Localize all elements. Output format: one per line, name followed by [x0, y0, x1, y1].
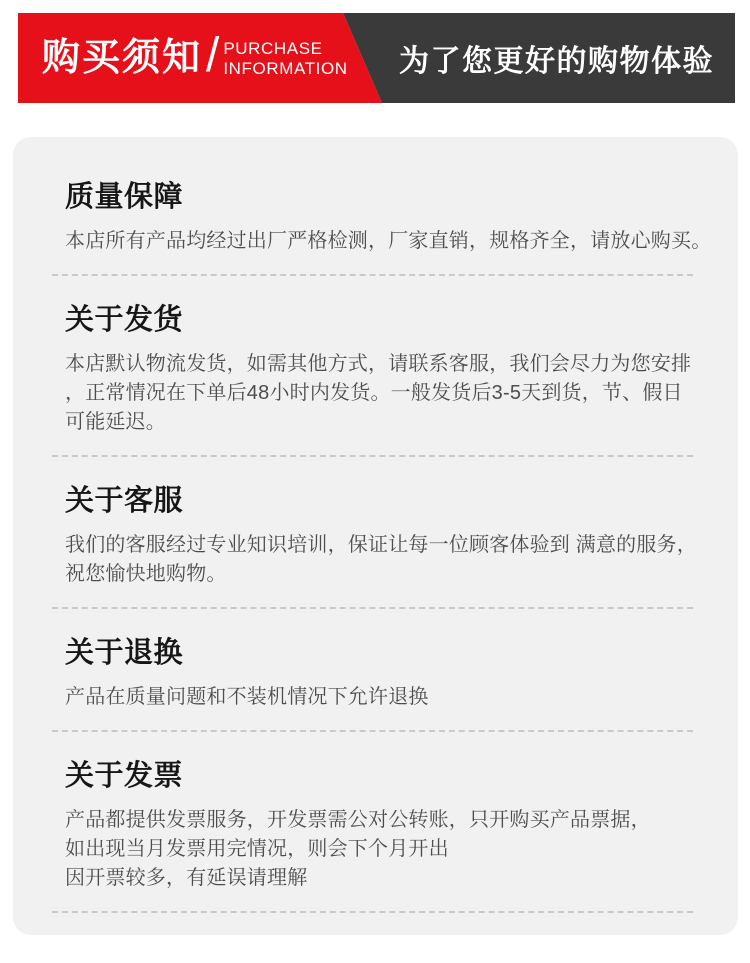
- section-shipping: 关于发货 本店默认物流发货，如需其他方式，请联系客服，我们会尽力为您安排 ，正常…: [65, 302, 693, 437]
- banner-slash: /: [206, 36, 219, 77]
- divider: [52, 274, 693, 276]
- section-quality-body: 本店所有产品均经过出厂严格检测，厂家直销，规格齐全，请放心购买。: [65, 227, 693, 256]
- purchase-information-page: 购买须知 / PURCHASE INFORMATION 为了您更好的购物体验 质…: [0, 0, 750, 963]
- banner-tagline: 为了您更好的购物体验: [399, 36, 714, 80]
- divider: [52, 730, 693, 732]
- banner-subtitle: PURCHASE INFORMATION: [223, 39, 347, 79]
- section-customer-service-heading: 关于客服: [65, 483, 693, 519]
- section-invoice: 关于发票 产品都提供发票服务，开发票需公对公转账，只开购买产品票据， 如出现当月…: [65, 758, 693, 893]
- info-card: 质量保障 本店所有产品均经过出厂严格检测，厂家直销，规格齐全，请放心购买。 关于…: [13, 137, 738, 935]
- section-returns: 关于退换 产品在质量问题和不装机情况下允许退换: [65, 635, 693, 712]
- banner: 购买须知 / PURCHASE INFORMATION 为了您更好的购物体验: [0, 0, 750, 120]
- section-customer-service: 关于客服 我们的客服经过专业知识培训，保证让每一位顾客体验到 满意的服务， 祝您…: [65, 483, 693, 589]
- banner-title: 购买须知: [42, 39, 202, 77]
- section-shipping-heading: 关于发货: [65, 302, 693, 338]
- divider: [52, 911, 693, 913]
- section-invoice-body: 产品都提供发票服务，开发票需公对公转账，只开购买产品票据， 如出现当月发票用完情…: [65, 806, 693, 893]
- section-quality: 质量保障 本店所有产品均经过出厂严格检测，厂家直销，规格齐全，请放心购买。: [65, 179, 693, 256]
- section-returns-heading: 关于退换: [65, 635, 693, 671]
- divider: [52, 607, 693, 609]
- banner-dark-shape: 为了您更好的购物体验: [340, 13, 735, 103]
- section-shipping-body: 本店默认物流发货，如需其他方式，请联系客服，我们会尽力为您安排 ，正常情况在下单…: [65, 350, 693, 437]
- section-quality-heading: 质量保障: [65, 179, 693, 215]
- banner-subtitle-line1: PURCHASE: [223, 39, 347, 59]
- section-customer-service-body: 我们的客服经过专业知识培训，保证让每一位顾客体验到 满意的服务， 祝您愉快地购物…: [65, 531, 693, 589]
- section-returns-body: 产品在质量问题和不装机情况下允许退换: [65, 683, 693, 712]
- section-invoice-heading: 关于发票: [65, 758, 693, 794]
- banner-red-shape: 购买须知 / PURCHASE INFORMATION: [18, 13, 390, 103]
- banner-subtitle-line2: INFORMATION: [223, 59, 347, 79]
- divider: [52, 455, 693, 457]
